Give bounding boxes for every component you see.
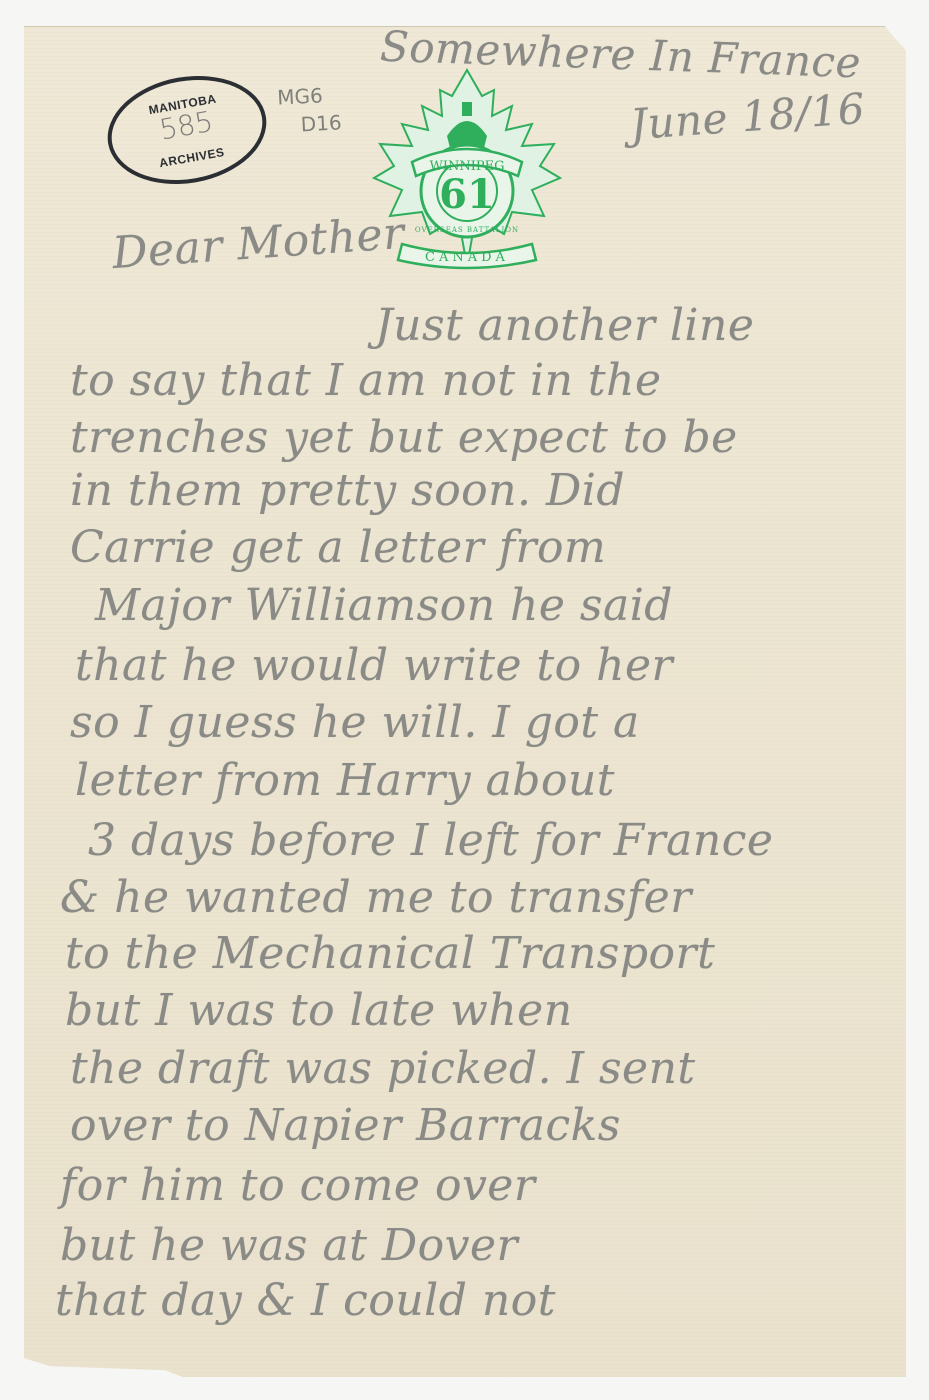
- letter-line: trenches yet but expect to be: [70, 412, 738, 463]
- letter-line: Major Williamson he said: [95, 580, 673, 631]
- letter-line: that day & I could not: [55, 1275, 556, 1326]
- letter-line: over to Napier Barracks: [70, 1100, 621, 1151]
- letter-line: but I was to late when: [65, 985, 573, 1036]
- letter-line: 3 days before I left for France: [88, 815, 773, 866]
- reference-line-2: D16: [278, 108, 342, 139]
- letter-line: but he was at Dover: [60, 1220, 518, 1271]
- reference-note: MG6 D16: [277, 80, 343, 139]
- reference-line-1: MG6: [277, 80, 341, 111]
- letter-line: to the Mechanical Transport: [65, 928, 715, 979]
- letter-line: Carrie get a letter from: [70, 522, 606, 573]
- crest-ring-text: OVERSEAS BATTALION: [415, 226, 519, 234]
- letter-line: Just another line: [375, 300, 754, 351]
- letter-line: so I guess he will. I got a: [70, 697, 640, 748]
- letter-line: the draft was picked. I sent: [70, 1043, 696, 1094]
- letter-line: for him to come over: [60, 1160, 535, 1211]
- letter-line: in them pretty soon. Did: [70, 465, 625, 516]
- letter-line: that he would write to her: [75, 640, 673, 691]
- crest-number: 61: [439, 171, 495, 218]
- letter-line: to say that I am not in the: [70, 355, 662, 406]
- letter-line: & he wanted me to transfer: [60, 872, 692, 923]
- crest-bottom-banner: CANADA: [425, 250, 509, 265]
- letter-line: letter from Harry about: [75, 755, 615, 806]
